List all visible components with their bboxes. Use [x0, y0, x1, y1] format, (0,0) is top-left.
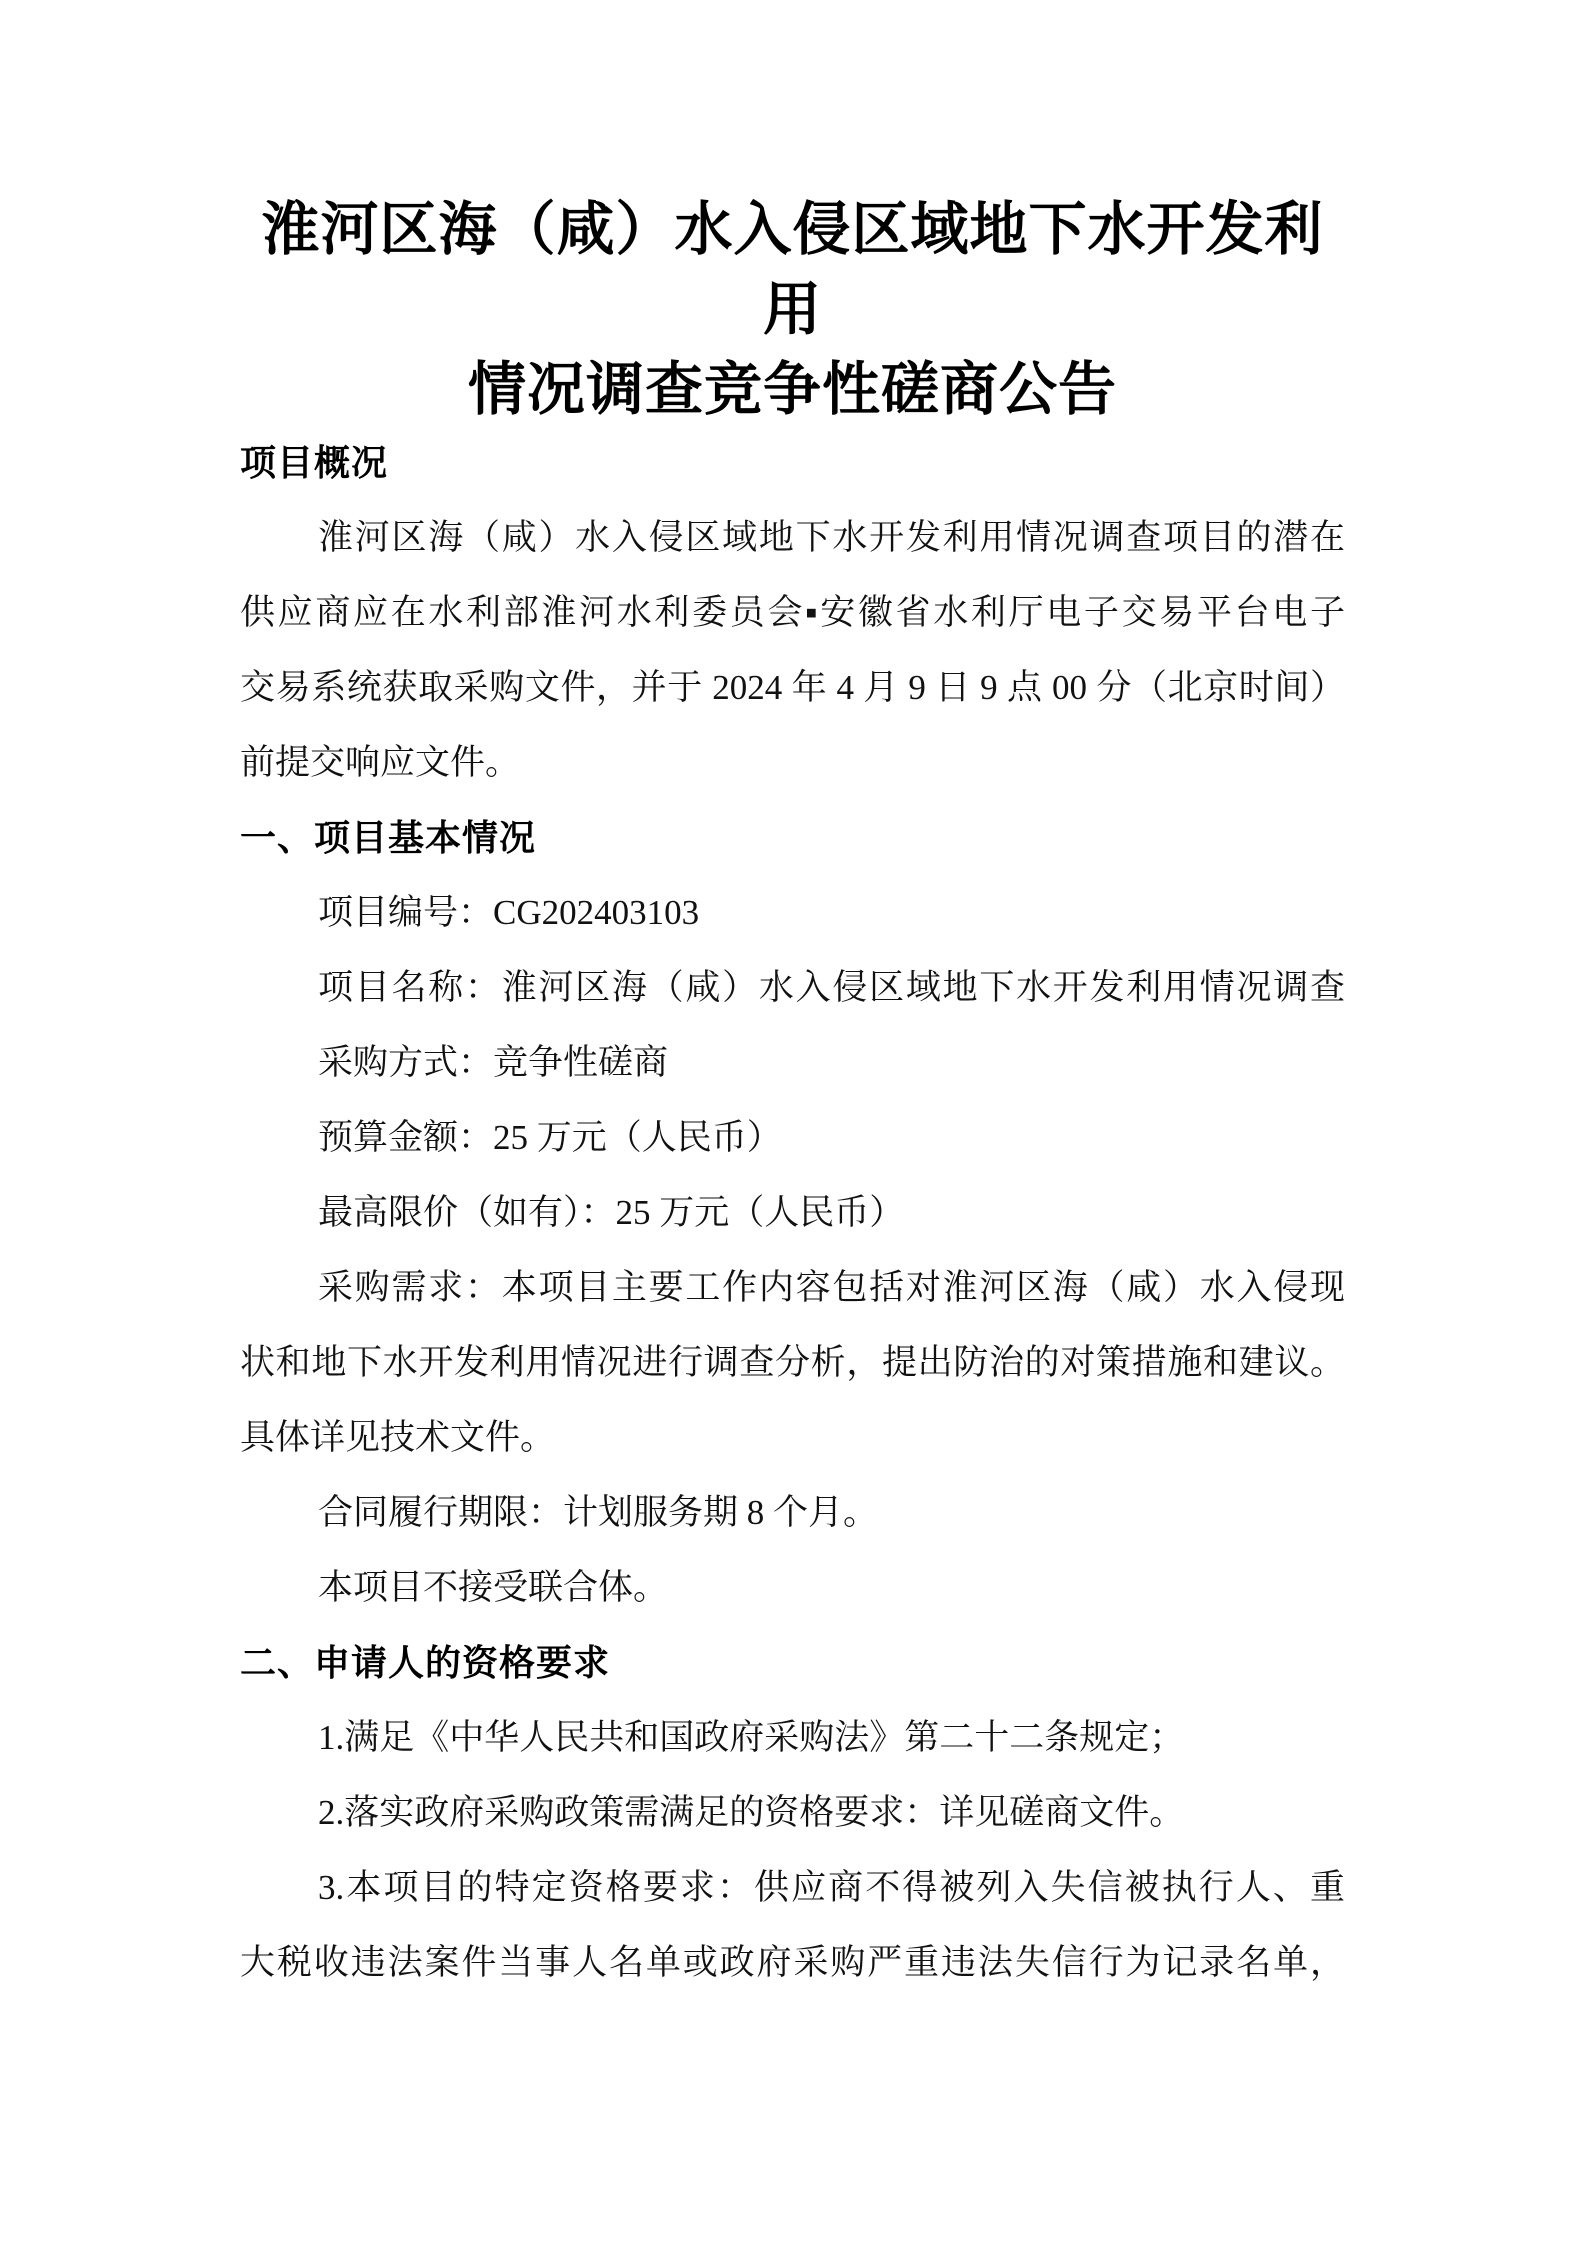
text-line: 具体详见技术文件。 [240, 1400, 1345, 1475]
text-line: 预算金额：25 万元（人民币） [240, 1100, 1345, 1175]
text-line: 3.本项目的特定资格要求：供应商不得被列入失信被执行人、重 [240, 1850, 1345, 1925]
text-line: 1.满足《中华人民共和国政府采购法》第二十二条规定； [240, 1700, 1345, 1775]
text-line: 合同履行期限：计划服务期 8 个月。 [240, 1475, 1345, 1550]
text-line: 最高限价（如有）：25 万元（人民币） [240, 1175, 1345, 1250]
section-heading: 项目概况 [240, 425, 1345, 500]
section-heading: 二、申请人的资格要求 [240, 1625, 1345, 1700]
text-line: 项目名称：淮河区海（咸）水入侵区域地下水开发利用情况调查 [240, 950, 1345, 1025]
title-line-2: 情况调查竞争性磋商公告 [240, 350, 1345, 430]
document-title: 淮河区海（咸）水入侵区域地下水开发利用 情况调查竞争性磋商公告 [240, 190, 1345, 430]
title-line-1: 淮河区海（咸）水入侵区域地下水开发利用 [240, 190, 1345, 350]
text-line: 采购需求：本项目主要工作内容包括对淮河区海（咸）水入侵现 [240, 1250, 1345, 1325]
document-body: 项目概况淮河区海（咸）水入侵区域地下水开发利用情况调查项目的潜在供应商应在水利部… [240, 425, 1345, 2000]
document-page: 淮河区海（咸）水入侵区域地下水开发利用 情况调查竞争性磋商公告 项目概况淮河区海… [0, 0, 1587, 2245]
text-line: 状和地下水开发利用情况进行调查分析，提出防治的对策措施和建议。 [240, 1325, 1345, 1400]
text-line: 前提交响应文件。 [240, 725, 1345, 800]
text-line: 本项目不接受联合体。 [240, 1550, 1345, 1625]
text-line: 大税收违法案件当事人名单或政府采购严重违法失信行为记录名单， [240, 1925, 1345, 2000]
section-heading: 一、项目基本情况 [240, 800, 1345, 875]
text-line: 淮河区海（咸）水入侵区域地下水开发利用情况调查项目的潜在 [240, 500, 1345, 575]
text-line: 2.落实政府采购政策需满足的资格要求：详见磋商文件。 [240, 1775, 1345, 1850]
text-line: 供应商应在水利部淮河水利委员会▪安徽省水利厅电子交易平台电子 [240, 575, 1345, 650]
text-line: 交易系统获取采购文件，并于 2024 年 4 月 9 日 9 点 00 分（北京… [240, 650, 1345, 725]
text-line: 采购方式：竞争性磋商 [240, 1025, 1345, 1100]
text-line: 项目编号：CG202403103 [240, 875, 1345, 950]
